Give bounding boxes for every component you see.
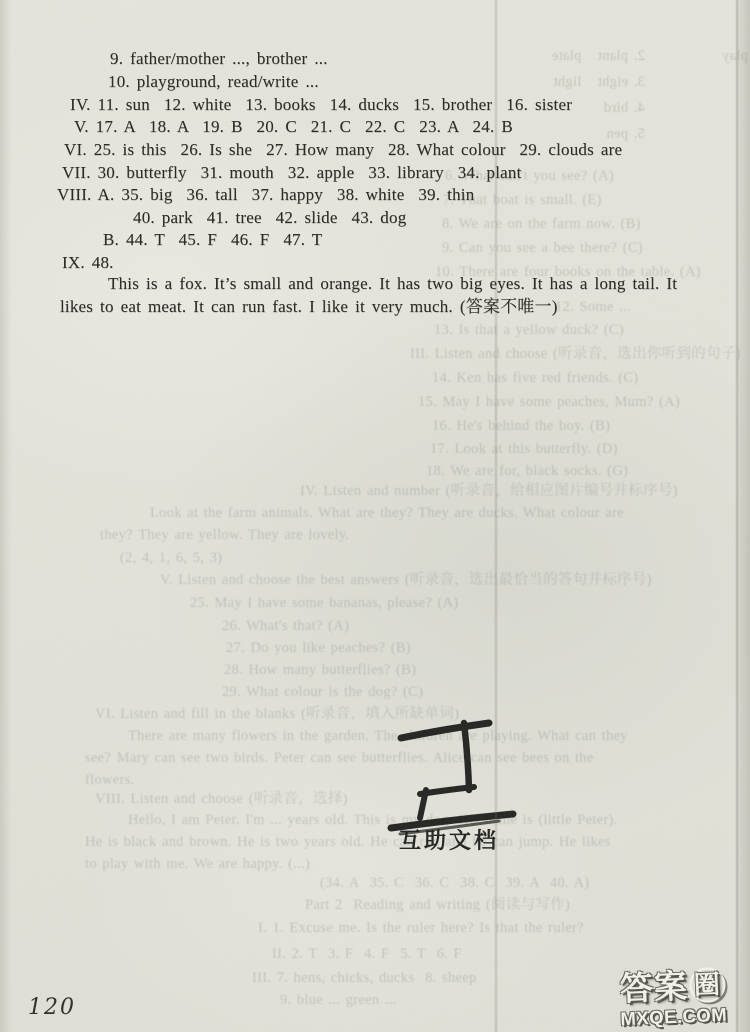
left-edge-shading	[0, 0, 12, 1032]
handwritten-hu-character	[0, 0, 750, 1032]
watermark-brand-text: 答案	[619, 967, 689, 1007]
right-edge-shading	[737, 0, 750, 1032]
scanned-answer-page: 2. plant plateplay3. eight light4. bird5…	[0, 0, 750, 1032]
watermark-brand: 答案圈	[597, 966, 748, 1009]
huzhu-wendang-label: 互助文档	[399, 824, 499, 855]
watermark-circled-char: 圈	[689, 967, 726, 1003]
paper-crease-line	[495, 0, 497, 1032]
daanquan-watermark: 答案圈 MXQE.COM	[597, 966, 749, 1031]
page-number: 120	[28, 995, 76, 1020]
